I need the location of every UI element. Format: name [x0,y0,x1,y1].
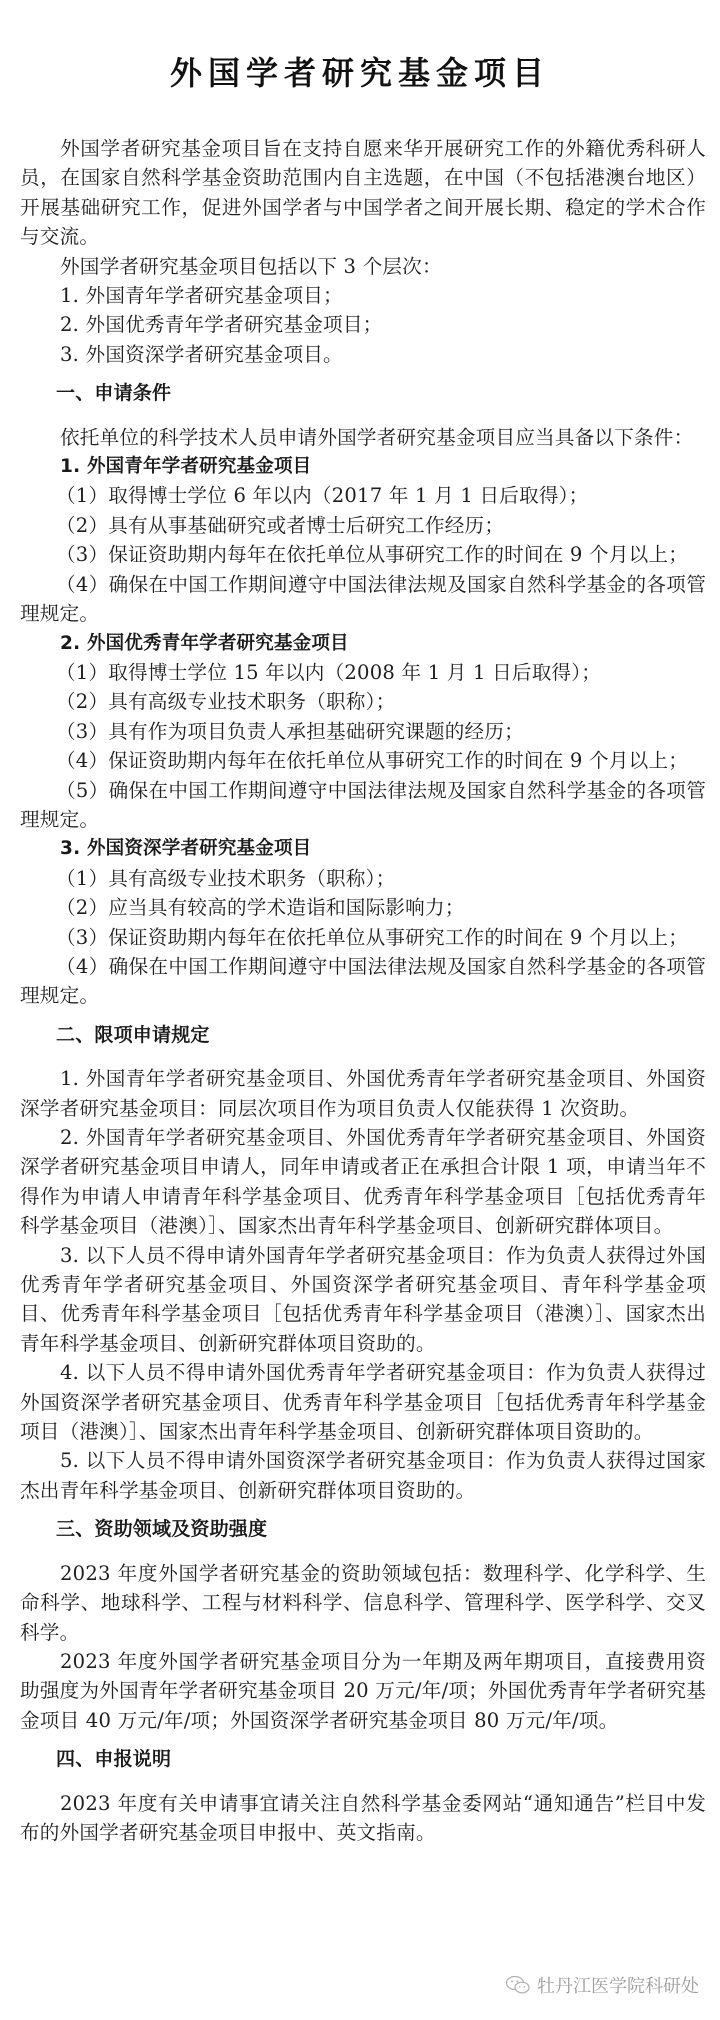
wechat-icon [505,1975,531,1995]
condition-item: （4）保证资助期内每年在依托单位从事研究工作的时间在 9 个月以上； [20,746,706,775]
condition-item: （4）确保在中国工作期间遵守中国法律法规及国家自然科学基金的各项管理规定。 [20,570,706,629]
level-item: 2. 外国优秀青年学者研究基金项目； [20,310,706,339]
condition-item: （3）具有作为项目负责人承担基础研究课题的经历； [20,717,706,746]
restriction-item: 4. 以下人员不得申请外国优秀青年学者研究基金项目：作为负责人获得过外国资深学者… [20,1358,706,1446]
restriction-item: 3. 以下人员不得申请外国青年学者研究基金项目：作为负责人获得过外国优秀青年学者… [20,1241,706,1359]
section-heading-3: 三、资助领域及资助强度 [20,1515,706,1544]
condition-item: （5）确保在中国工作期间遵守中国法律法规及国家自然科学基金的各项管理规定。 [20,776,706,835]
condition-item: （1）取得博士学位 6 年以内（2017 年 1 月 1 日后取得）； [20,481,706,510]
funding-amount-paragraph: 2023 年度外国学者研究基金项目分为一年期及两年期项目，直接费用资助强度为外国… [20,1647,706,1735]
restriction-item: 1. 外国青年学者研究基金项目、外国优秀青年学者研究基金项目、外国资深学者研究基… [20,1064,706,1123]
condition-item: （1）取得博士学位 15 年以内（2008 年 1 月 1 日后取得）； [20,658,706,687]
watermark-text: 牡丹江医学院科研处 [537,1972,699,1998]
levels-lead: 外国学者研究基金项目包括以下 3 个层次： [20,252,706,281]
watermark: 牡丹江医学院科研处 [505,1972,699,1998]
level-item: 1. 外国青年学者研究基金项目； [20,281,706,310]
group-title: 2. 外国优秀青年学者研究基金项目 [20,629,706,658]
intro-paragraph: 外国学者研究基金项目旨在支持自愿来华开展研究工作的外籍优秀科研人员，在国家自然科… [20,134,706,252]
group-title: 3. 外国资深学者研究基金项目 [20,834,706,863]
application-note-paragraph: 2023 年度有关申请事宜请关注自然科学基金委网站“通知通告”栏目中发布的外国学… [20,1789,706,1848]
section-heading-4: 四、申报说明 [20,1745,706,1774]
condition-item: （3）保证资助期内每年在依托单位从事研究工作的时间在 9 个月以上； [20,923,706,952]
condition-item: （1）具有高级专业技术职务（职称）； [20,864,706,893]
section1-lead: 依托单位的科学技术人员申请外国学者研究基金项目应当具备以下条件： [20,423,706,452]
document-title: 外国学者研究基金项目 [0,48,720,94]
funding-areas-paragraph: 2023 年度外国学者研究基金的资助领域包括：数理科学、化学科学、生命科学、地球… [20,1559,706,1647]
condition-item: （3）保证资助期内每年在依托单位从事研究工作的时间在 9 个月以上； [20,540,706,569]
group-title: 1. 外国青年学者研究基金项目 [20,452,706,481]
condition-item: （2）具有从事基础研究或者博士后研究工作经历； [20,511,706,540]
restriction-item: 2. 外国青年学者研究基金项目、外国优秀青年学者研究基金项目、外国资深学者研究基… [20,1123,706,1241]
condition-item: （4）确保在中国工作期间遵守中国法律法规及国家自然科学基金的各项管理规定。 [20,952,706,1011]
section-heading-2: 二、限项申请规定 [20,1021,706,1050]
document-body: 外国学者研究基金项目旨在支持自愿来华开展研究工作的外籍优秀科研人员，在国家自然科… [20,134,706,1847]
level-item: 3. 外国资深学者研究基金项目。 [20,340,706,369]
condition-item: （2）应当具有较高的学术造诣和国际影响力； [20,893,706,922]
section-heading-1: 一、申请条件 [20,379,706,408]
condition-item: （2）具有高级专业技术职务（职称）； [20,687,706,716]
restriction-item: 5. 以下人员不得申请外国资深学者研究基金项目：作为负责人获得过国家杰出青年科学… [20,1446,706,1505]
